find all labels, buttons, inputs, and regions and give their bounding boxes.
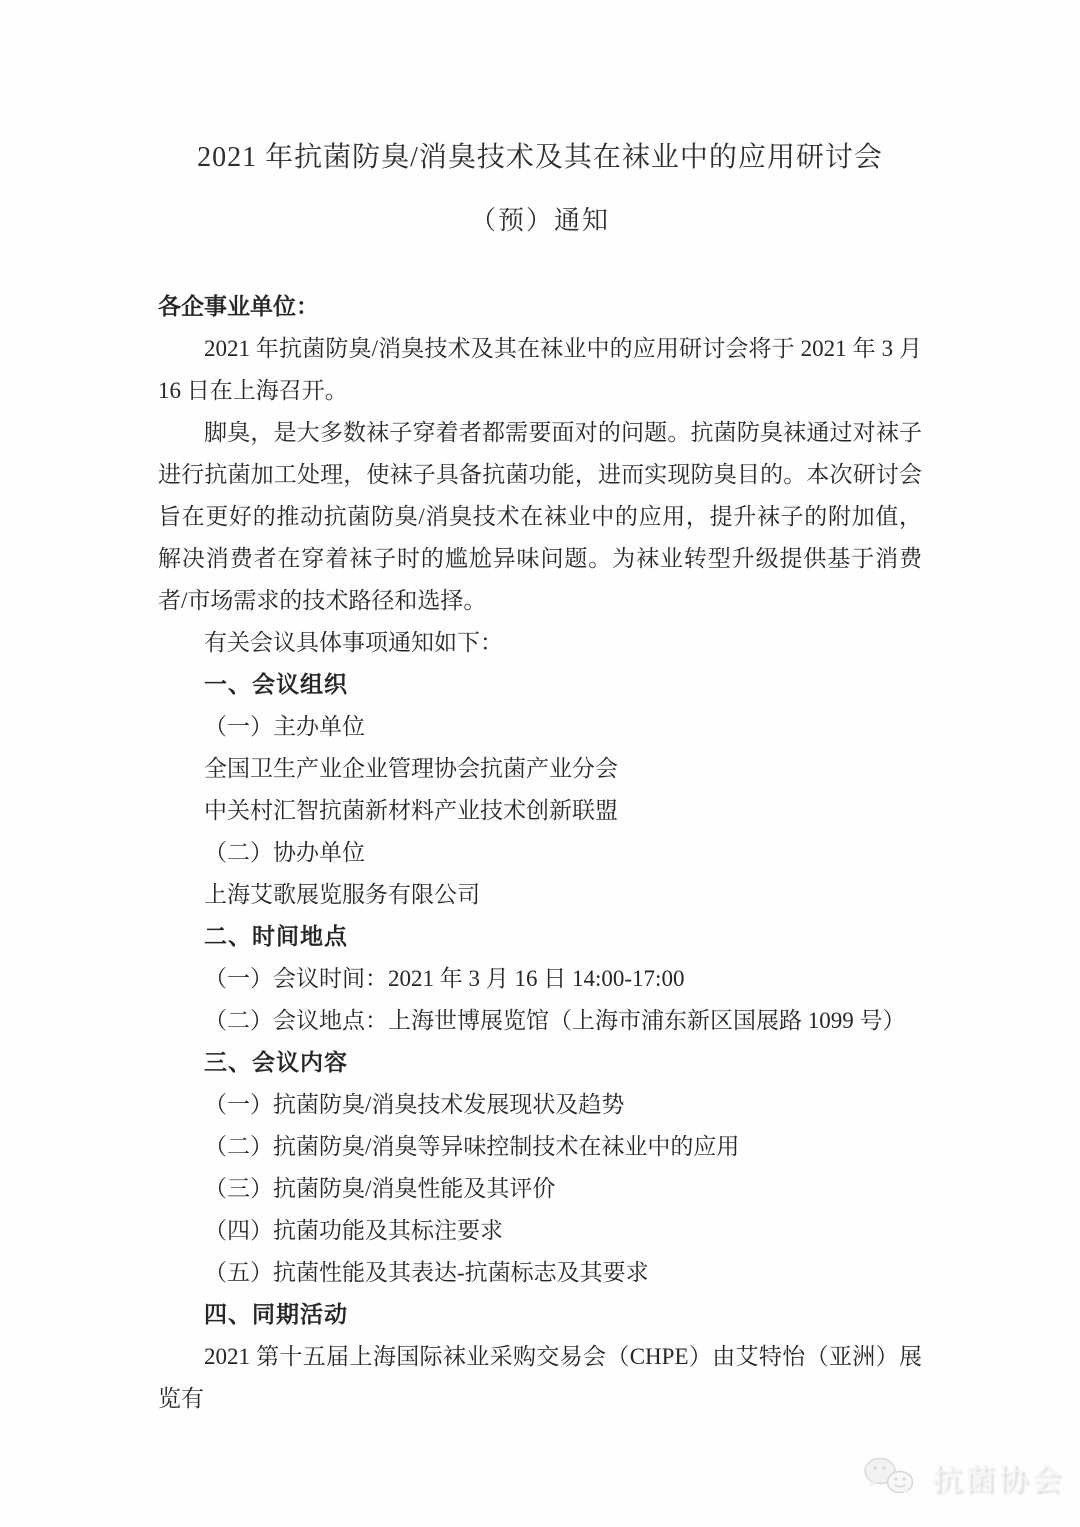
section-3-item: （一）抗菌防臭/消臭技术发展现状及趋势 [158,1084,922,1126]
section-2-item: （二）会议地点：上海世博展览馆（上海市浦东新区国展路 1099 号） [158,1000,922,1042]
section-3-item: （二）抗菌防臭/消臭等异味控制技术在袜业中的应用 [158,1126,922,1168]
section-4-heading: 四、同期活动 [158,1294,922,1336]
watermark: 抗菌协会 [858,1453,1064,1501]
section-1-item: 上海艾歌展览服务有限公司 [158,874,922,916]
section-1-item: （二）协办单位 [158,832,922,874]
section-3-heading: 三、会议内容 [158,1042,922,1084]
section-1-heading: 一、会议组织 [158,664,922,706]
section-2-item: （一）会议时间：2021 年 3 月 16 日 14:00-17:00 [158,958,922,1000]
paragraph-background: 脚臭，是大多数袜子穿着者都需要面对的问题。抗菌防臭袜通过对袜子进行抗菌加工处理，… [158,412,922,622]
section-2-heading: 二、时间地点 [158,916,922,958]
document-title: 2021 年抗菌防臭/消臭技术及其在袜业中的应用研讨会 [158,138,922,178]
section-4-item: 2021 第十五届上海国际袜业采购交易会（CHPE）由艾特怡（亚洲）展览有 [158,1336,922,1420]
salutation: 各企事业单位： [158,286,922,328]
paragraph-intro: 2021 年抗菌防臭/消臭技术及其在袜业中的应用研讨会将于 2021 年 3 月… [158,328,922,412]
section-1-item: 中关村汇智抗菌新材料产业技术创新联盟 [158,790,922,832]
document-subtitle: （预）通知 [158,202,922,240]
section-3-item: （三）抗菌防臭/消臭性能及其评价 [158,1168,922,1210]
section-3-item: （五）抗菌性能及其表达-抗菌标志及其要求 [158,1252,922,1294]
section-1-item: （一）主办单位 [158,706,922,748]
paragraph-lead-in: 有关会议具体事项通知如下： [158,622,922,664]
watermark-label: 抗菌协会 [932,1455,1064,1499]
section-1-item: 全国卫生产业企业管理协会抗菌产业分会 [158,748,922,790]
section-3-item: （四）抗菌功能及其标注要求 [158,1210,922,1252]
wechat-icon [858,1453,922,1501]
document-content: 2021 年抗菌防臭/消臭技术及其在袜业中的应用研讨会 （预）通知 各企事业单位… [0,0,1080,1420]
document-page: 2021 年抗菌防臭/消臭技术及其在袜业中的应用研讨会 （预）通知 各企事业单位… [0,0,1080,1527]
